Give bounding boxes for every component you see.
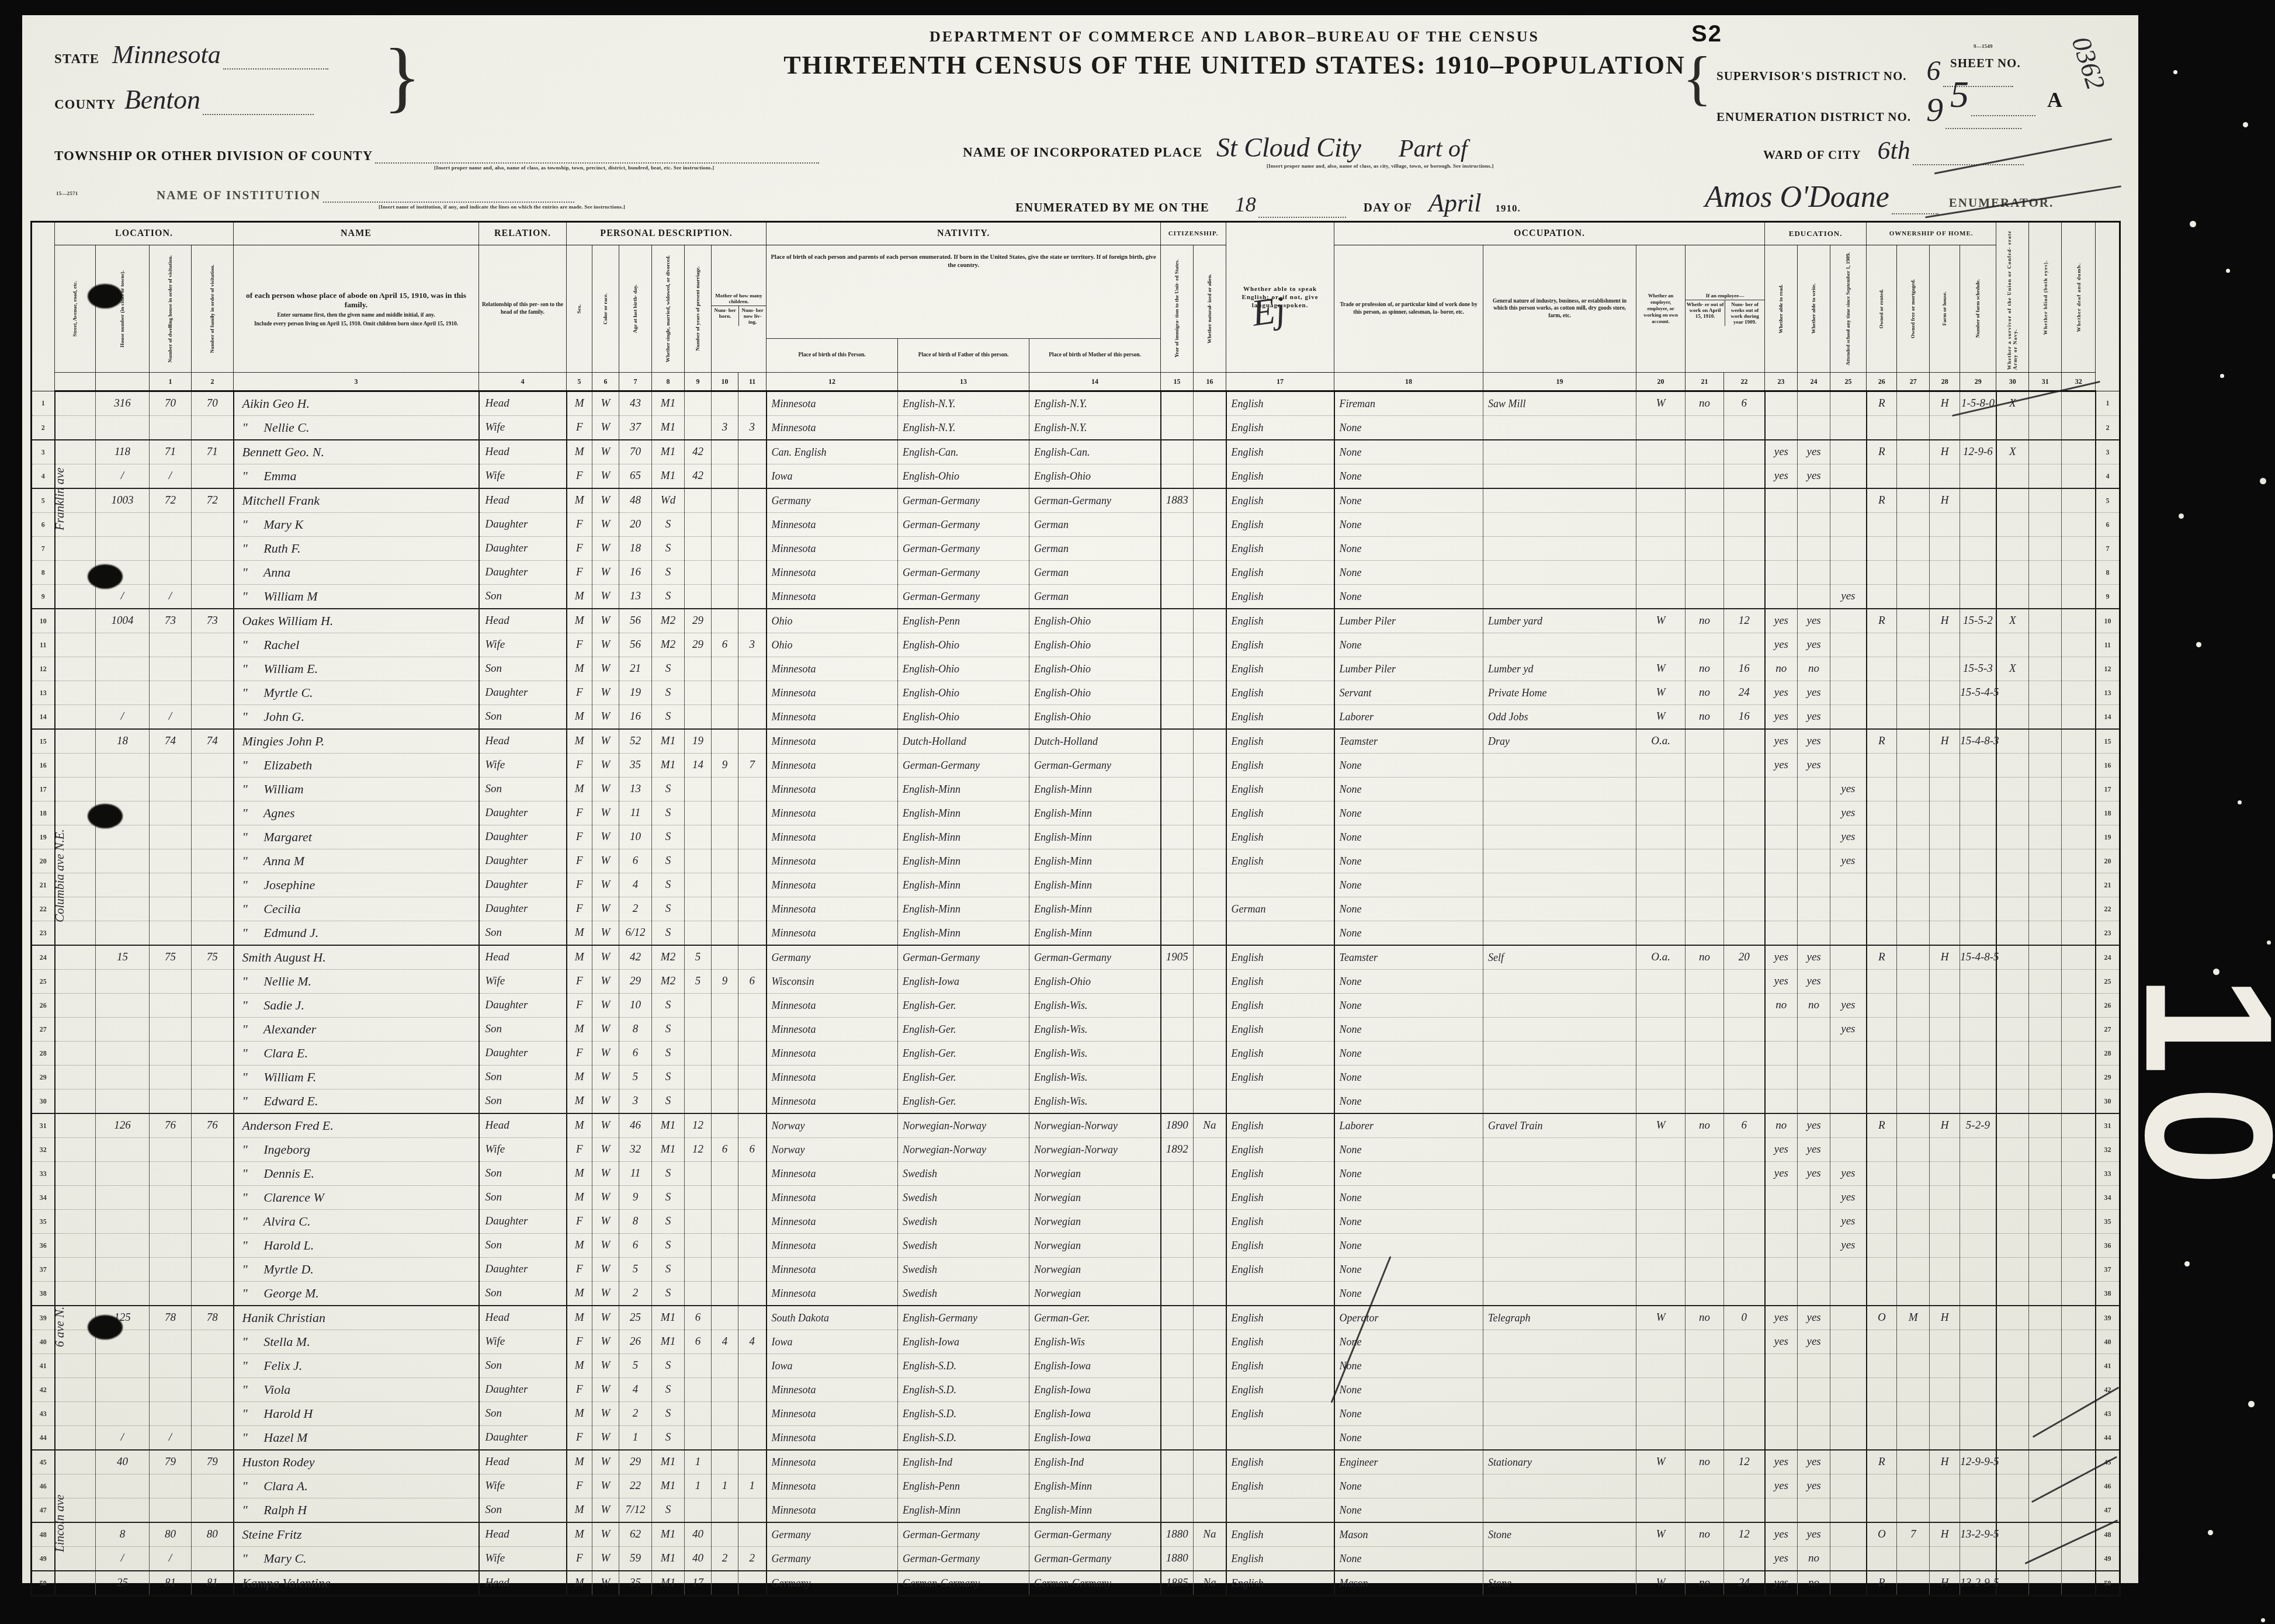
cell: 74	[192, 729, 234, 754]
cell: M	[567, 1018, 592, 1042]
line-number-left: 26	[32, 994, 55, 1018]
cell: W	[592, 1402, 619, 1426]
cell	[685, 1378, 712, 1402]
line-number-left: 28	[32, 1042, 55, 1066]
cell: German-Germany	[1029, 488, 1161, 513]
cell: 6	[712, 1138, 738, 1162]
cell	[1996, 633, 2029, 657]
cell: Germany	[767, 1547, 898, 1571]
cell	[1930, 970, 1960, 994]
cell: Na	[1194, 1522, 1226, 1547]
street-cell	[55, 488, 96, 513]
cell	[1194, 1378, 1226, 1402]
cell	[1636, 1162, 1686, 1186]
year-label: 1910.	[1495, 203, 1520, 214]
cell: /	[96, 1547, 150, 1571]
cell: None	[1334, 849, 1483, 873]
street-cell	[55, 1018, 96, 1042]
cell	[1830, 945, 1867, 970]
cell: Minnesota	[767, 1162, 898, 1186]
cell	[96, 778, 150, 801]
cell	[150, 1258, 192, 1282]
cell	[1897, 825, 1930, 849]
cell	[1161, 585, 1194, 609]
cell: F	[567, 970, 592, 994]
cell	[1636, 1426, 1686, 1451]
cell	[96, 1402, 150, 1426]
cell: 1	[685, 1450, 712, 1474]
mother-label: Mother of how many children.	[712, 292, 766, 306]
cell	[150, 1210, 192, 1234]
cell: 1880	[1161, 1547, 1194, 1571]
cell: English	[1226, 1402, 1334, 1426]
line-number-right: 45	[2096, 1450, 2120, 1474]
cell: no	[1686, 681, 1724, 705]
cell	[1686, 1138, 1724, 1162]
cell	[1897, 1474, 1930, 1498]
cell	[1867, 1234, 1897, 1258]
cell: W	[592, 1089, 619, 1114]
census-table-body: 13167070Aikin Geo H.HeadMW43M1MinnesotaE…	[32, 391, 2120, 1596]
cell	[1798, 1378, 1830, 1402]
cell: None	[1334, 1547, 1483, 1571]
cell: None	[1334, 1330, 1483, 1354]
cell: R	[1867, 440, 1897, 464]
cell: /	[96, 705, 150, 730]
cell	[1765, 1402, 1798, 1426]
cell: S	[652, 1089, 685, 1114]
col-free-mortgaged: Owned free or mortgaged.	[1910, 277, 1916, 341]
cell	[1194, 1162, 1226, 1186]
column-number: 25	[1830, 373, 1867, 391]
cell: 62	[619, 1522, 652, 1547]
table-row: 38" George M.SonMW2SMinnesotaSwedishNorw…	[32, 1282, 2120, 1306]
cell: M	[567, 585, 592, 609]
street-cell	[55, 1162, 96, 1186]
line-number-left: 42	[32, 1378, 55, 1402]
cell: 37	[619, 416, 652, 440]
cell: M	[567, 945, 592, 970]
line-number-right: 38	[2096, 1282, 2120, 1306]
cell: M	[567, 921, 592, 946]
cell: English	[1226, 440, 1334, 464]
cell	[192, 849, 234, 873]
cell: /	[96, 464, 150, 489]
cell	[712, 945, 738, 970]
line-number-left: 48	[32, 1522, 55, 1547]
cell: W	[592, 1547, 619, 1571]
cell	[1765, 1378, 1798, 1402]
cell	[1996, 488, 2029, 513]
cell: W	[592, 464, 619, 489]
cell	[1686, 1042, 1724, 1066]
cell	[1636, 488, 1686, 513]
cell: Wife	[479, 1330, 567, 1354]
cell	[1483, 1474, 1636, 1498]
cell	[1867, 1282, 1897, 1306]
county-field: COUNTY Benton	[54, 84, 314, 115]
cell	[738, 537, 767, 561]
cell: Wife	[479, 1547, 567, 1571]
group-education: EDUCATION.	[1765, 222, 1867, 245]
cell	[1194, 897, 1226, 921]
cell: " Mary C.	[234, 1547, 479, 1571]
cell: Daughter	[479, 994, 567, 1018]
table-row: 18" AgnesDaughterFW11SMinnesotaEnglish-M…	[32, 801, 2120, 825]
line-number-left: 2	[32, 416, 55, 440]
cell	[1483, 1162, 1636, 1186]
cell: " Felix J.	[234, 1354, 479, 1378]
cell: English	[1226, 1354, 1334, 1378]
cell	[2029, 1186, 2062, 1210]
cell: W	[592, 873, 619, 897]
enum-district-underline	[1945, 117, 2021, 129]
cell	[192, 754, 234, 778]
cell	[1960, 1089, 1996, 1114]
cell	[1161, 897, 1194, 921]
street-cell	[55, 1547, 96, 1571]
cell	[1867, 897, 1897, 921]
street-cell	[55, 825, 96, 849]
cell	[1765, 1042, 1798, 1066]
table-row: 27" AlexanderSonMW8SMinnesotaEnglish-Ger…	[32, 1018, 2120, 1042]
cell	[1798, 849, 1830, 873]
cell	[1897, 488, 1930, 513]
cell	[1798, 1354, 1830, 1378]
cell: German	[1226, 897, 1334, 921]
table-row: 23" Edmund J.SonMW6/12SMinnesotaEnglish-…	[32, 921, 2120, 946]
cell: " Hazel M	[234, 1426, 479, 1451]
cell	[2029, 1042, 2062, 1066]
cell: yes	[1765, 705, 1798, 730]
table-row: 391257878Hanik ChristianHeadMW25M16South…	[32, 1306, 2120, 1330]
cell	[1996, 561, 2029, 585]
cell: Wife	[479, 464, 567, 489]
cell	[192, 705, 234, 730]
cell	[1798, 873, 1830, 897]
cell	[2062, 1018, 2096, 1042]
cell	[1930, 1378, 1960, 1402]
cell	[1686, 1330, 1724, 1354]
cell	[192, 1018, 234, 1042]
cell: Na	[1194, 1571, 1226, 1596]
cell: 40	[685, 1522, 712, 1547]
cell: 21	[619, 657, 652, 681]
cell	[1960, 561, 1996, 585]
cell	[685, 1426, 712, 1451]
cell: None	[1334, 1138, 1483, 1162]
cell: Iowa	[767, 1354, 898, 1378]
table-row: 40" Stella M.WifeFW26M1644IowaEnglish-Io…	[32, 1330, 2120, 1354]
cell: Daughter	[479, 1258, 567, 1282]
cell	[1226, 1282, 1334, 1306]
cell	[1724, 729, 1765, 754]
cell: no	[1686, 657, 1724, 681]
cell: M1	[652, 729, 685, 754]
cell: /	[150, 1547, 192, 1571]
column-number: 29	[1960, 373, 1996, 391]
cell	[685, 391, 712, 416]
cell	[1867, 1378, 1897, 1402]
cell	[1830, 657, 1867, 681]
cell: 3	[619, 1089, 652, 1114]
cell	[1830, 873, 1867, 897]
cell: W	[592, 1474, 619, 1498]
cell: " Anna	[234, 561, 479, 585]
line-number-left: 11	[32, 633, 55, 657]
cell: English-Wis.	[1029, 1066, 1161, 1089]
cell: 4	[712, 1330, 738, 1354]
cell: yes	[1830, 849, 1867, 873]
cell: M	[567, 1306, 592, 1330]
cell: 43	[619, 391, 652, 416]
cell	[1194, 729, 1226, 754]
cell: M1	[652, 464, 685, 489]
cell: Head	[479, 391, 567, 416]
cell	[685, 921, 712, 946]
cell	[150, 1042, 192, 1066]
cell	[1996, 537, 2029, 561]
cell: English-Iowa	[1029, 1354, 1161, 1378]
cell: English	[1226, 537, 1334, 561]
cell	[96, 561, 150, 585]
table-row: 20" Anna MDaughterFW6SMinnesotaEnglish-M…	[32, 849, 2120, 873]
cell: M1	[652, 440, 685, 464]
cell	[1194, 1450, 1226, 1474]
cell: yes	[1798, 440, 1830, 464]
line-number-right: 14	[2096, 705, 2120, 730]
line-number-left: 38	[32, 1282, 55, 1306]
enumerated-label: ENUMERATED BY ME ON THE	[1015, 200, 1209, 214]
cell: 15-5-2	[1960, 609, 1996, 633]
cell: Germany	[767, 1571, 898, 1596]
cell	[1483, 1354, 1636, 1378]
group-relation: RELATION.	[479, 222, 567, 245]
cell	[2029, 391, 2062, 416]
cell: Bennett Geo. N.	[234, 440, 479, 464]
cell: English	[1226, 681, 1334, 705]
cell: H	[1930, 1113, 1960, 1138]
cell: F	[567, 416, 592, 440]
cell	[1194, 801, 1226, 825]
cell: M	[1897, 1306, 1930, 1330]
cell	[1724, 1234, 1765, 1258]
cell: Son	[479, 705, 567, 730]
cell	[1765, 921, 1798, 946]
cell: W	[592, 754, 619, 778]
cell: yes	[1798, 1113, 1830, 1138]
cell	[1194, 1042, 1226, 1066]
table-row: 45407979Huston RodeyHeadMW29M11Minnesota…	[32, 1450, 2120, 1474]
cell	[1686, 1186, 1724, 1210]
sheet-underline	[1971, 104, 2035, 116]
cell	[1161, 681, 1194, 705]
cell	[1897, 609, 1930, 633]
cell: English-Can.	[1029, 440, 1161, 464]
cell	[1996, 1378, 2029, 1402]
cell: M1	[652, 1138, 685, 1162]
cell: 73	[150, 609, 192, 633]
institution-label: NAME OF INSTITUTION	[157, 188, 321, 202]
cell	[96, 416, 150, 440]
cell: None	[1334, 1426, 1483, 1451]
cell	[150, 681, 192, 705]
cell: Minnesota	[767, 778, 898, 801]
cell	[1765, 1210, 1798, 1234]
cell: H	[1930, 1522, 1960, 1547]
line-number-left: 1	[32, 391, 55, 416]
cell: W	[1636, 1522, 1686, 1547]
cell: W	[592, 1378, 619, 1402]
cell: 79	[192, 1450, 234, 1474]
table-row: 14//" John G.SonMW16SMinnesotaEnglish-Oh…	[32, 705, 2120, 730]
enumerated-day: 18	[1235, 193, 1256, 216]
line-number-right: 23	[2096, 921, 2120, 946]
cell: Lumber yd	[1483, 657, 1636, 681]
cell	[1161, 440, 1194, 464]
cell	[96, 801, 150, 825]
street-cell	[55, 1258, 96, 1282]
cell	[1724, 1547, 1765, 1571]
cell	[685, 1234, 712, 1258]
cell	[1830, 1113, 1867, 1138]
cell: English	[1226, 970, 1334, 994]
cell: S	[652, 1498, 685, 1523]
cell: no	[1686, 705, 1724, 730]
cell	[1636, 1547, 1686, 1571]
cell: German	[1029, 537, 1161, 561]
cell	[2029, 1234, 2062, 1258]
cell: 29	[685, 633, 712, 657]
cell: yes	[1765, 1162, 1798, 1186]
cell	[96, 754, 150, 778]
cell: Minnesota	[767, 1258, 898, 1282]
cell	[1161, 1066, 1194, 1089]
cell	[738, 1234, 767, 1258]
cell	[1194, 705, 1226, 730]
cell: English-Wis.	[1029, 994, 1161, 1018]
table-row: 15187474Mingies John P.HeadMW52M119Minne…	[32, 729, 2120, 754]
cell	[712, 1402, 738, 1426]
col-marital: Whether single, married, widowed, or div…	[665, 253, 671, 365]
cell: " Anna M	[234, 849, 479, 873]
cell	[150, 1162, 192, 1186]
cell	[1960, 754, 1996, 778]
cell	[1830, 1378, 1867, 1402]
cell	[1686, 1234, 1724, 1258]
cell	[2029, 970, 2062, 994]
cell	[1930, 1138, 1960, 1162]
cell: Norwegian	[1029, 1282, 1161, 1306]
township-hint: [Insert proper name and, also, name of c…	[434, 165, 819, 171]
cell	[2062, 1330, 2096, 1354]
cell: Smith August H.	[234, 945, 479, 970]
cell	[1686, 778, 1724, 801]
cell: German-Germany	[898, 513, 1029, 537]
cell	[1724, 416, 1765, 440]
cell: /	[96, 585, 150, 609]
cell	[1636, 849, 1686, 873]
cell	[712, 561, 738, 585]
cell	[685, 705, 712, 730]
cell: F	[567, 849, 592, 873]
cell	[1724, 754, 1765, 778]
cell	[1686, 754, 1724, 778]
cell: yes	[1765, 440, 1798, 464]
cell: 6	[685, 1306, 712, 1330]
cell	[1830, 1402, 1867, 1426]
table-row: 34" Clarence WSonMW9SMinnesotaSwedishNor…	[32, 1186, 2120, 1210]
cell	[96, 970, 150, 994]
cell: Gravel Train	[1483, 1113, 1636, 1138]
cell	[1765, 1282, 1798, 1306]
cell	[1960, 849, 1996, 873]
cell: Minnesota	[767, 1186, 898, 1210]
cell	[192, 633, 234, 657]
cell	[738, 778, 767, 801]
cell	[1194, 561, 1226, 585]
cell	[738, 1354, 767, 1378]
cell	[2062, 1089, 2096, 1114]
cell: no	[1798, 657, 1830, 681]
cell	[1724, 825, 1765, 849]
cell: Norwegian	[1029, 1186, 1161, 1210]
cell	[738, 440, 767, 464]
nativity-desc: Place of birth of each person and parent…	[767, 245, 1161, 339]
cell: yes	[1765, 633, 1798, 657]
table-row: 25" Nellie M.WifeFW29M2596WisconsinEngli…	[32, 970, 2120, 994]
cell	[2029, 1210, 2062, 1234]
cell: " Edward E.	[234, 1089, 479, 1114]
cell: M1	[652, 1450, 685, 1474]
cell: Minnesota	[767, 1210, 898, 1234]
cell	[685, 801, 712, 825]
cell: 6	[685, 1330, 712, 1354]
cell	[192, 1066, 234, 1089]
cell: S	[652, 994, 685, 1018]
cell	[1897, 1210, 1930, 1234]
cell: Head	[479, 1113, 567, 1138]
cell	[1194, 1018, 1226, 1042]
cell	[685, 561, 712, 585]
line-number-right: 24	[2096, 945, 2120, 970]
cell	[1930, 705, 1960, 730]
line-number-right: 41	[2096, 1354, 2120, 1378]
cell	[738, 897, 767, 921]
line-number-left: 35	[32, 1210, 55, 1234]
cell	[738, 849, 767, 873]
cell	[1897, 921, 1930, 946]
cell: English-Minn	[1029, 1498, 1161, 1523]
cell: W	[592, 1042, 619, 1066]
cell: yes	[1798, 1330, 1830, 1354]
street-cell	[55, 873, 96, 897]
cell: English-Ohio	[898, 705, 1029, 730]
cell: yes	[1765, 681, 1798, 705]
cell	[150, 1282, 192, 1306]
cell	[738, 464, 767, 489]
line-number-left: 13	[32, 681, 55, 705]
cell	[1686, 1066, 1724, 1089]
cell	[1194, 1402, 1226, 1426]
cell	[1724, 1354, 1765, 1378]
cell	[1960, 873, 1996, 897]
cell: English-Can.	[898, 440, 1029, 464]
cell	[2029, 1066, 2062, 1089]
cell	[1798, 1282, 1830, 1306]
col-children-living: Num- ber now liv- ing.	[739, 306, 766, 326]
cell	[712, 1378, 738, 1402]
